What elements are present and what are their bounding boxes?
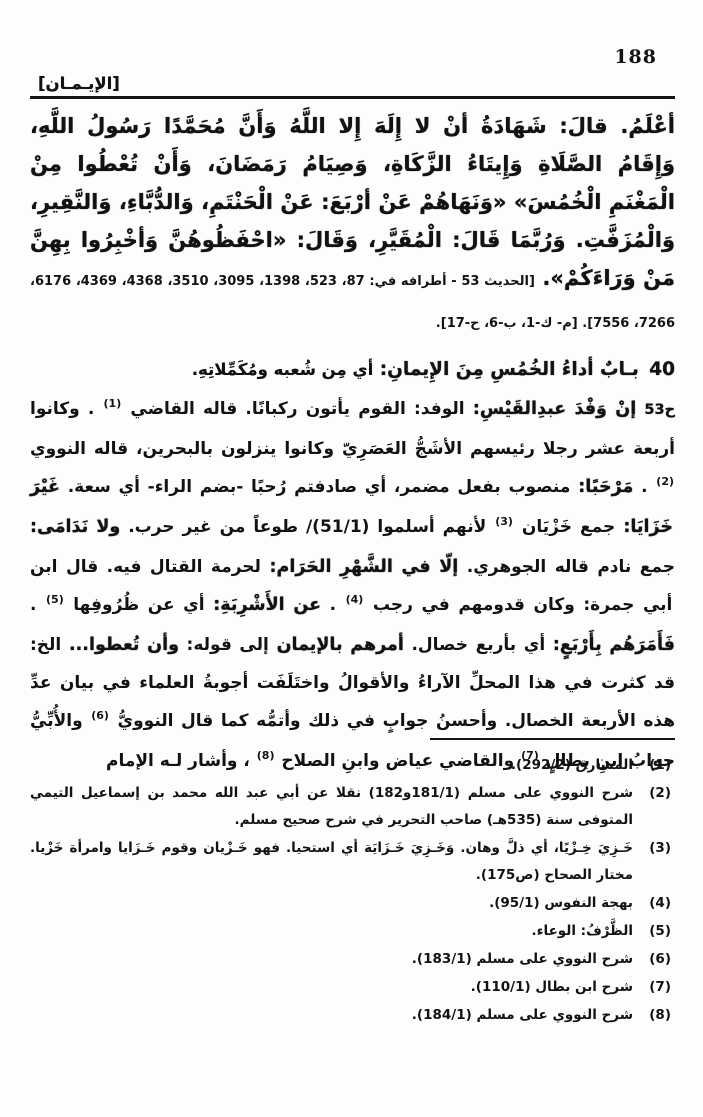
footnote-item: (4) بهجة النفوس (95/1). [30,890,675,917]
commentary-segment: أي بأربع خصال. [404,635,545,655]
book-page: 188 [الإيـمـان] أعْلَمُ. قالَ: شَهَادَةُ… [0,0,703,1117]
footnotes-section: (1) المشارق (292/2). (2) شرح النووي على … [30,738,675,1030]
commentary-segment: أي عن ظُرُوفِها [73,595,204,615]
chapter-title: بـابٌ أداءُ الخُمُسِ مِنَ الإِيمانِ: [380,359,639,380]
commentary-segment: لأنهم أسلموا (51/1)/ طوعاً من غير حرب. [120,517,486,537]
commentary-segment: جمع خَزْيَان [522,517,615,537]
footnote-number: (6) [649,946,671,973]
footnote-number: (7) [649,974,671,1001]
commentary-segment: . [633,477,647,497]
footnote-number: (3) [649,835,671,862]
commentary-segment: . [321,595,336,615]
footnote-text: شرح النووي على مسلم (184/1). [412,1007,633,1023]
footnote-text: شرح النووي على مسلم (183/1). [412,951,633,967]
commentary-segment: جمع نادم قاله الجوهري. [458,557,675,577]
footnote-text: بهجة النفوس (95/1). [489,895,633,911]
footnote-number: (1) [649,752,671,779]
commentary-segment: أمرهم بالإيمان [269,635,404,655]
footnote-text: خَـزِيَ خِـزْيًا، أي ذلَّ وهان. وَخَـزِي… [30,840,633,883]
footnote-text: المشارق (292/2). [511,757,633,773]
commentary-segment: وأن تُعطوا... [61,635,179,655]
chapter-subtitle: أي مِن شُعبه ومُكَمِّلاتِهِ. [192,360,373,379]
footnote-text: شرح ابن بطال (110/1). [471,979,633,995]
chapter-heading: 40 بـابٌ أداءُ الخُمُسِ مِنَ الإِيمانِ: … [30,359,675,380]
commentary-segment: . [30,595,36,615]
footnote-item: (3) خَـزِيَ خِـزْيًا، أي ذلَّ وهان. وَخَ… [30,835,675,889]
footnote-number: (5) [649,918,671,945]
footnote-item: (2) شرح النووي على مسلم (181/1و182) نقلا… [30,780,675,834]
commentary-segment: (6) [91,709,109,722]
commentary-segment: فَأَمَرَهُم بِأَرْبَعٍ: [545,635,675,655]
commentary-segment: (3) [495,515,513,528]
commentary-paragraph: ح53 إنْ وَفْدَ عبدِالقَيْسِ: الوفد: القو… [30,390,675,782]
footnote-divider [430,738,675,740]
footnote-text: شرح النووي على مسلم (181/1و182) نقلا عن … [30,785,633,828]
commentary-segment: منصوب بفعل مضمر، أي صادفتم رُحبًا -بضم ا… [60,477,570,497]
commentary-segment: عن الأَشْرِبَةِ: [205,595,321,615]
commentary-segment: الوفد: القوم يأتون ركبانًا. قاله القاضي [130,399,464,419]
footnote-item: (8) شرح النووي على مسلم (184/1). [30,1002,675,1029]
header-rule [30,96,675,99]
commentary-segment: (2) [656,475,674,488]
commentary-segment: (1) [104,397,122,410]
commentary-segment: ولا نَدَامَى: [30,517,120,537]
section-label: [الإيـمـان] [38,74,120,93]
footnote-item: (1) المشارق (292/2). [30,752,675,779]
commentary-segment: ح53 [644,402,675,418]
hadith-text-block: أعْلَمُ. قالَ: شَهَادَةُ أنْ لا إِلَهَ إ… [30,107,675,343]
page-number: 188 [614,46,657,68]
commentary-segment: إلّا في الشَّهْرِ الحَرَام: [261,557,458,577]
commentary-segment: مَرْحَبًا: [570,477,633,497]
footnote-item: (7) شرح ابن بطال (110/1). [30,974,675,1001]
footnote-text: الظَّرْفُ: الوعاء. [531,923,633,939]
commentary-segment: (4) [346,593,364,606]
commentary-segment: (5) [46,593,64,606]
footnote-list: (1) المشارق (292/2). (2) شرح النووي على … [30,752,675,1029]
page-body: أعْلَمُ. قالَ: شَهَادَةُ أنْ لا إِلَهَ إ… [30,107,675,782]
footnote-number: (8) [649,1002,671,1029]
commentary-segment: إنْ وَفْدَ عبدِالقَيْسِ: [465,399,637,419]
chapter-number: 40 [649,359,675,380]
commentary-segment: إلى قوله: [179,635,269,655]
hadith-matn: أعْلَمُ. قالَ: شَهَادَةُ أنْ لا إِلَهَ إ… [30,114,675,290]
footnote-item: (6) شرح النووي على مسلم (183/1). [30,946,675,973]
footnote-number: (2) [649,780,671,807]
footnote-item: (5) الظَّرْفُ: الوعاء. [30,918,675,945]
page-header: 188 [الإيـمـان] [30,46,675,96]
footnote-number: (4) [649,890,671,917]
